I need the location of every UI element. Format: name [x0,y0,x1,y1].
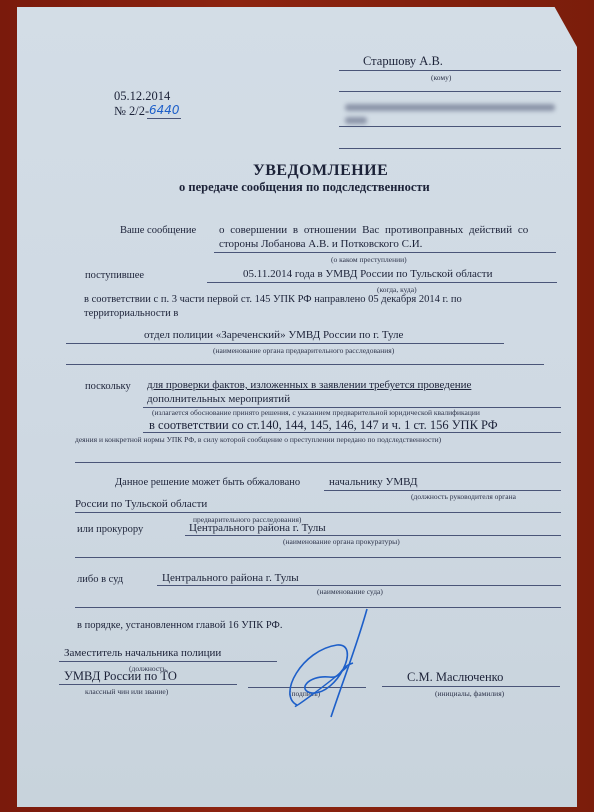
address-line-1 [339,91,561,92]
address-line-2 [339,126,561,127]
redacted-address [345,104,555,111]
document-number-handwritten: 6440 [149,103,180,117]
organ-underline-2 [66,364,544,365]
reason-caption-2: деяния и конкретной нормы УПК РФ, в силу… [75,435,441,444]
appeal-head-value: начальнику УМВД [329,476,418,488]
organ-underline [66,343,504,344]
reason-label: поскольку [85,381,131,392]
message-caption: (о каком преступлении) [331,255,407,264]
message-line-1: о совершении в отношении Вас противоправ… [219,224,528,236]
prosecutor-label: или прокурору [77,524,143,535]
reason-underline-3 [75,462,561,463]
reason-line-2: дополнительных мероприятий [147,393,290,405]
signer-position-2: УМВД России по ТО [64,669,177,684]
reason-underline-2 [143,432,561,433]
notice-document: Старшову А.В. (кому) 05.12.2014 № 2/2- 6… [17,7,577,807]
appeal-head-underline [324,490,561,491]
received-caption: (когда, куда) [377,285,417,294]
message-line-2: стороны Лобанова А.В. и Потковского С.И. [219,238,422,250]
transfer-line-1: в соответствии с п. 3 части первой ст. 1… [84,294,462,305]
recipient-name: Старшову А.В. [363,54,443,69]
reason-caption-1: (излагается обоснование принято решения,… [152,408,480,417]
signer-position-underline [59,661,277,662]
appeal-head-underline-2 [75,512,561,513]
received-value: 05.11.2014 года в УМВД России по Тульско… [243,268,493,280]
appeal-head-caption: (должность руководителя органа [411,492,516,501]
signer-position-1: Заместитель начальника полиции [64,647,221,659]
prosecutor-caption: (наименование органа прокуратуры) [283,537,400,546]
signer-position-caption-2: классный чин или звание) [85,687,168,696]
address-line-3 [339,148,561,149]
handwritten-signature [267,605,387,725]
appeal-text: Данное решение может быть обжаловано [115,477,300,488]
signer-name-caption: (инициалы, фамилия) [435,689,504,698]
transfer-line-2: территориальности в [84,308,178,319]
recipient-caption: (кому) [431,73,451,82]
redacted-address-2 [345,117,367,124]
document-title: УВЕДОМЛЕНИЕ [253,162,388,180]
organ-caption: (наименование органа предварительного ра… [213,346,394,355]
court-value: Центрального района г. Тулы [162,572,299,584]
signer-position-underline-2 [59,684,237,685]
appeal-head-value-2: России по Тульской области [75,498,207,510]
reason-line-3: в соответствии со ст.140, 144, 145, 146,… [149,418,498,433]
document-number-prefix: № 2/2- [114,104,149,119]
recipient-line [339,70,561,71]
court-label: либо в суд [77,574,123,585]
court-underline [157,585,561,586]
signer-name: С.М. Маслюченко [407,670,503,685]
received-underline [207,282,557,283]
court-caption: (наименование суда) [317,587,383,596]
signer-name-underline [382,686,560,687]
reason-line-1: для проверки фактов, изложенных в заявле… [147,379,471,391]
appeal-procedure: в порядке, установленном главой 16 УПК Р… [77,620,282,631]
message-underline [214,252,556,253]
prosecutor-underline-2 [75,557,561,558]
received-label: поступившее [85,270,144,281]
document-date: 05.12.2014 [114,89,170,104]
prosecutor-value: Центрального района г. Тулы [189,522,326,534]
document-subtitle: о передаче сообщения по подследственност… [179,180,430,195]
message-label: Ваше сообщение [120,225,196,236]
transfer-organ: отдел полиции «Зареченский» УМВД России … [144,329,403,341]
prosecutor-underline [185,535,561,536]
number-underline [147,118,181,119]
